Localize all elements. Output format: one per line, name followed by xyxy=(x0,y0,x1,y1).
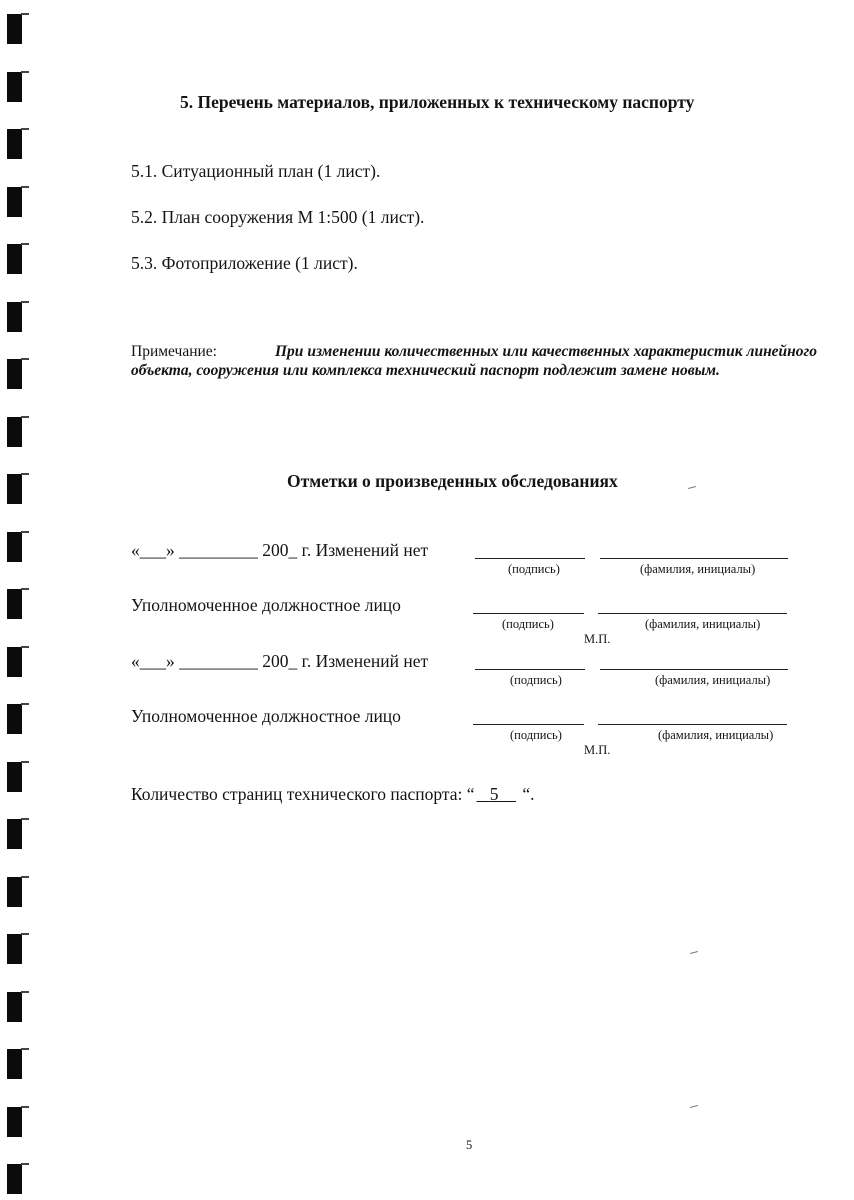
note-label: Примечание: xyxy=(131,343,217,360)
scan-speck xyxy=(688,486,696,489)
scan-speck xyxy=(690,1105,698,1108)
page-number: 5 xyxy=(466,1138,472,1153)
page-count-suffix: “. xyxy=(522,784,534,804)
date-row: «___» _________ 200_ г. Изменений нет xyxy=(131,651,428,672)
binder-holes xyxy=(0,0,40,1200)
signature-caption: (подпись) xyxy=(508,562,560,577)
binder-hole xyxy=(7,877,22,907)
binder-hole xyxy=(7,647,22,677)
list-item: 5.1. Ситуационный план (1 лист). xyxy=(131,161,380,182)
binder-hole xyxy=(7,819,22,849)
name-caption: (фамилия, инициалы) xyxy=(655,673,770,688)
binder-hole xyxy=(7,992,22,1022)
signature-line[interactable] xyxy=(473,613,584,614)
section-title: 5. Перечень материалов, приложенных к те… xyxy=(180,92,694,113)
binder-hole xyxy=(7,474,22,504)
signature-caption: (подпись) xyxy=(510,728,562,743)
binder-hole xyxy=(7,187,22,217)
binder-hole xyxy=(7,532,22,562)
binder-hole xyxy=(7,1049,22,1079)
list-item: 5.3. Фотоприложение (1 лист). xyxy=(131,253,358,274)
signature-line[interactable] xyxy=(475,558,585,559)
name-line[interactable] xyxy=(598,613,787,614)
binder-hole xyxy=(7,129,22,159)
binder-hole xyxy=(7,359,22,389)
signature-caption: (подпись) xyxy=(510,673,562,688)
binder-hole xyxy=(7,1164,22,1194)
page-count-row: Количество страниц технического паспорта… xyxy=(131,784,534,805)
binder-hole xyxy=(7,1107,22,1137)
name-line[interactable] xyxy=(598,724,787,725)
binder-hole xyxy=(7,934,22,964)
name-line[interactable] xyxy=(600,669,788,670)
note: Примечание:При изменении количественных … xyxy=(131,342,817,380)
inspections-title: Отметки о произведенных обследованиях xyxy=(287,471,618,492)
binder-hole xyxy=(7,762,22,792)
page-count-value: 5 xyxy=(475,784,518,804)
official-row: Уполномоченное должностное лицо xyxy=(131,706,401,727)
stamp-label: М.П. xyxy=(584,743,610,758)
signature-line[interactable] xyxy=(475,669,585,670)
official-row: Уполномоченное должностное лицо xyxy=(131,595,401,616)
list-item: 5.2. План сооружения М 1:500 (1 лист). xyxy=(131,207,424,228)
signature-caption: (подпись) xyxy=(502,617,554,632)
name-caption: (фамилия, инициалы) xyxy=(658,728,773,743)
page-count-label: Количество страниц технического паспорта… xyxy=(131,784,475,804)
binder-hole xyxy=(7,417,22,447)
note-text: При изменении количественных или качеств… xyxy=(131,343,817,379)
date-row: «___» _________ 200_ г. Изменений нет xyxy=(131,540,428,561)
scan-speck xyxy=(690,951,698,954)
name-caption: (фамилия, инициалы) xyxy=(645,617,760,632)
name-caption: (фамилия, инициалы) xyxy=(640,562,755,577)
name-line[interactable] xyxy=(600,558,788,559)
binder-hole xyxy=(7,704,22,734)
binder-hole xyxy=(7,302,22,332)
stamp-label: М.П. xyxy=(584,632,610,647)
binder-hole xyxy=(7,244,22,274)
binder-hole xyxy=(7,589,22,619)
binder-hole xyxy=(7,72,22,102)
binder-hole xyxy=(7,14,22,44)
signature-line[interactable] xyxy=(473,724,584,725)
